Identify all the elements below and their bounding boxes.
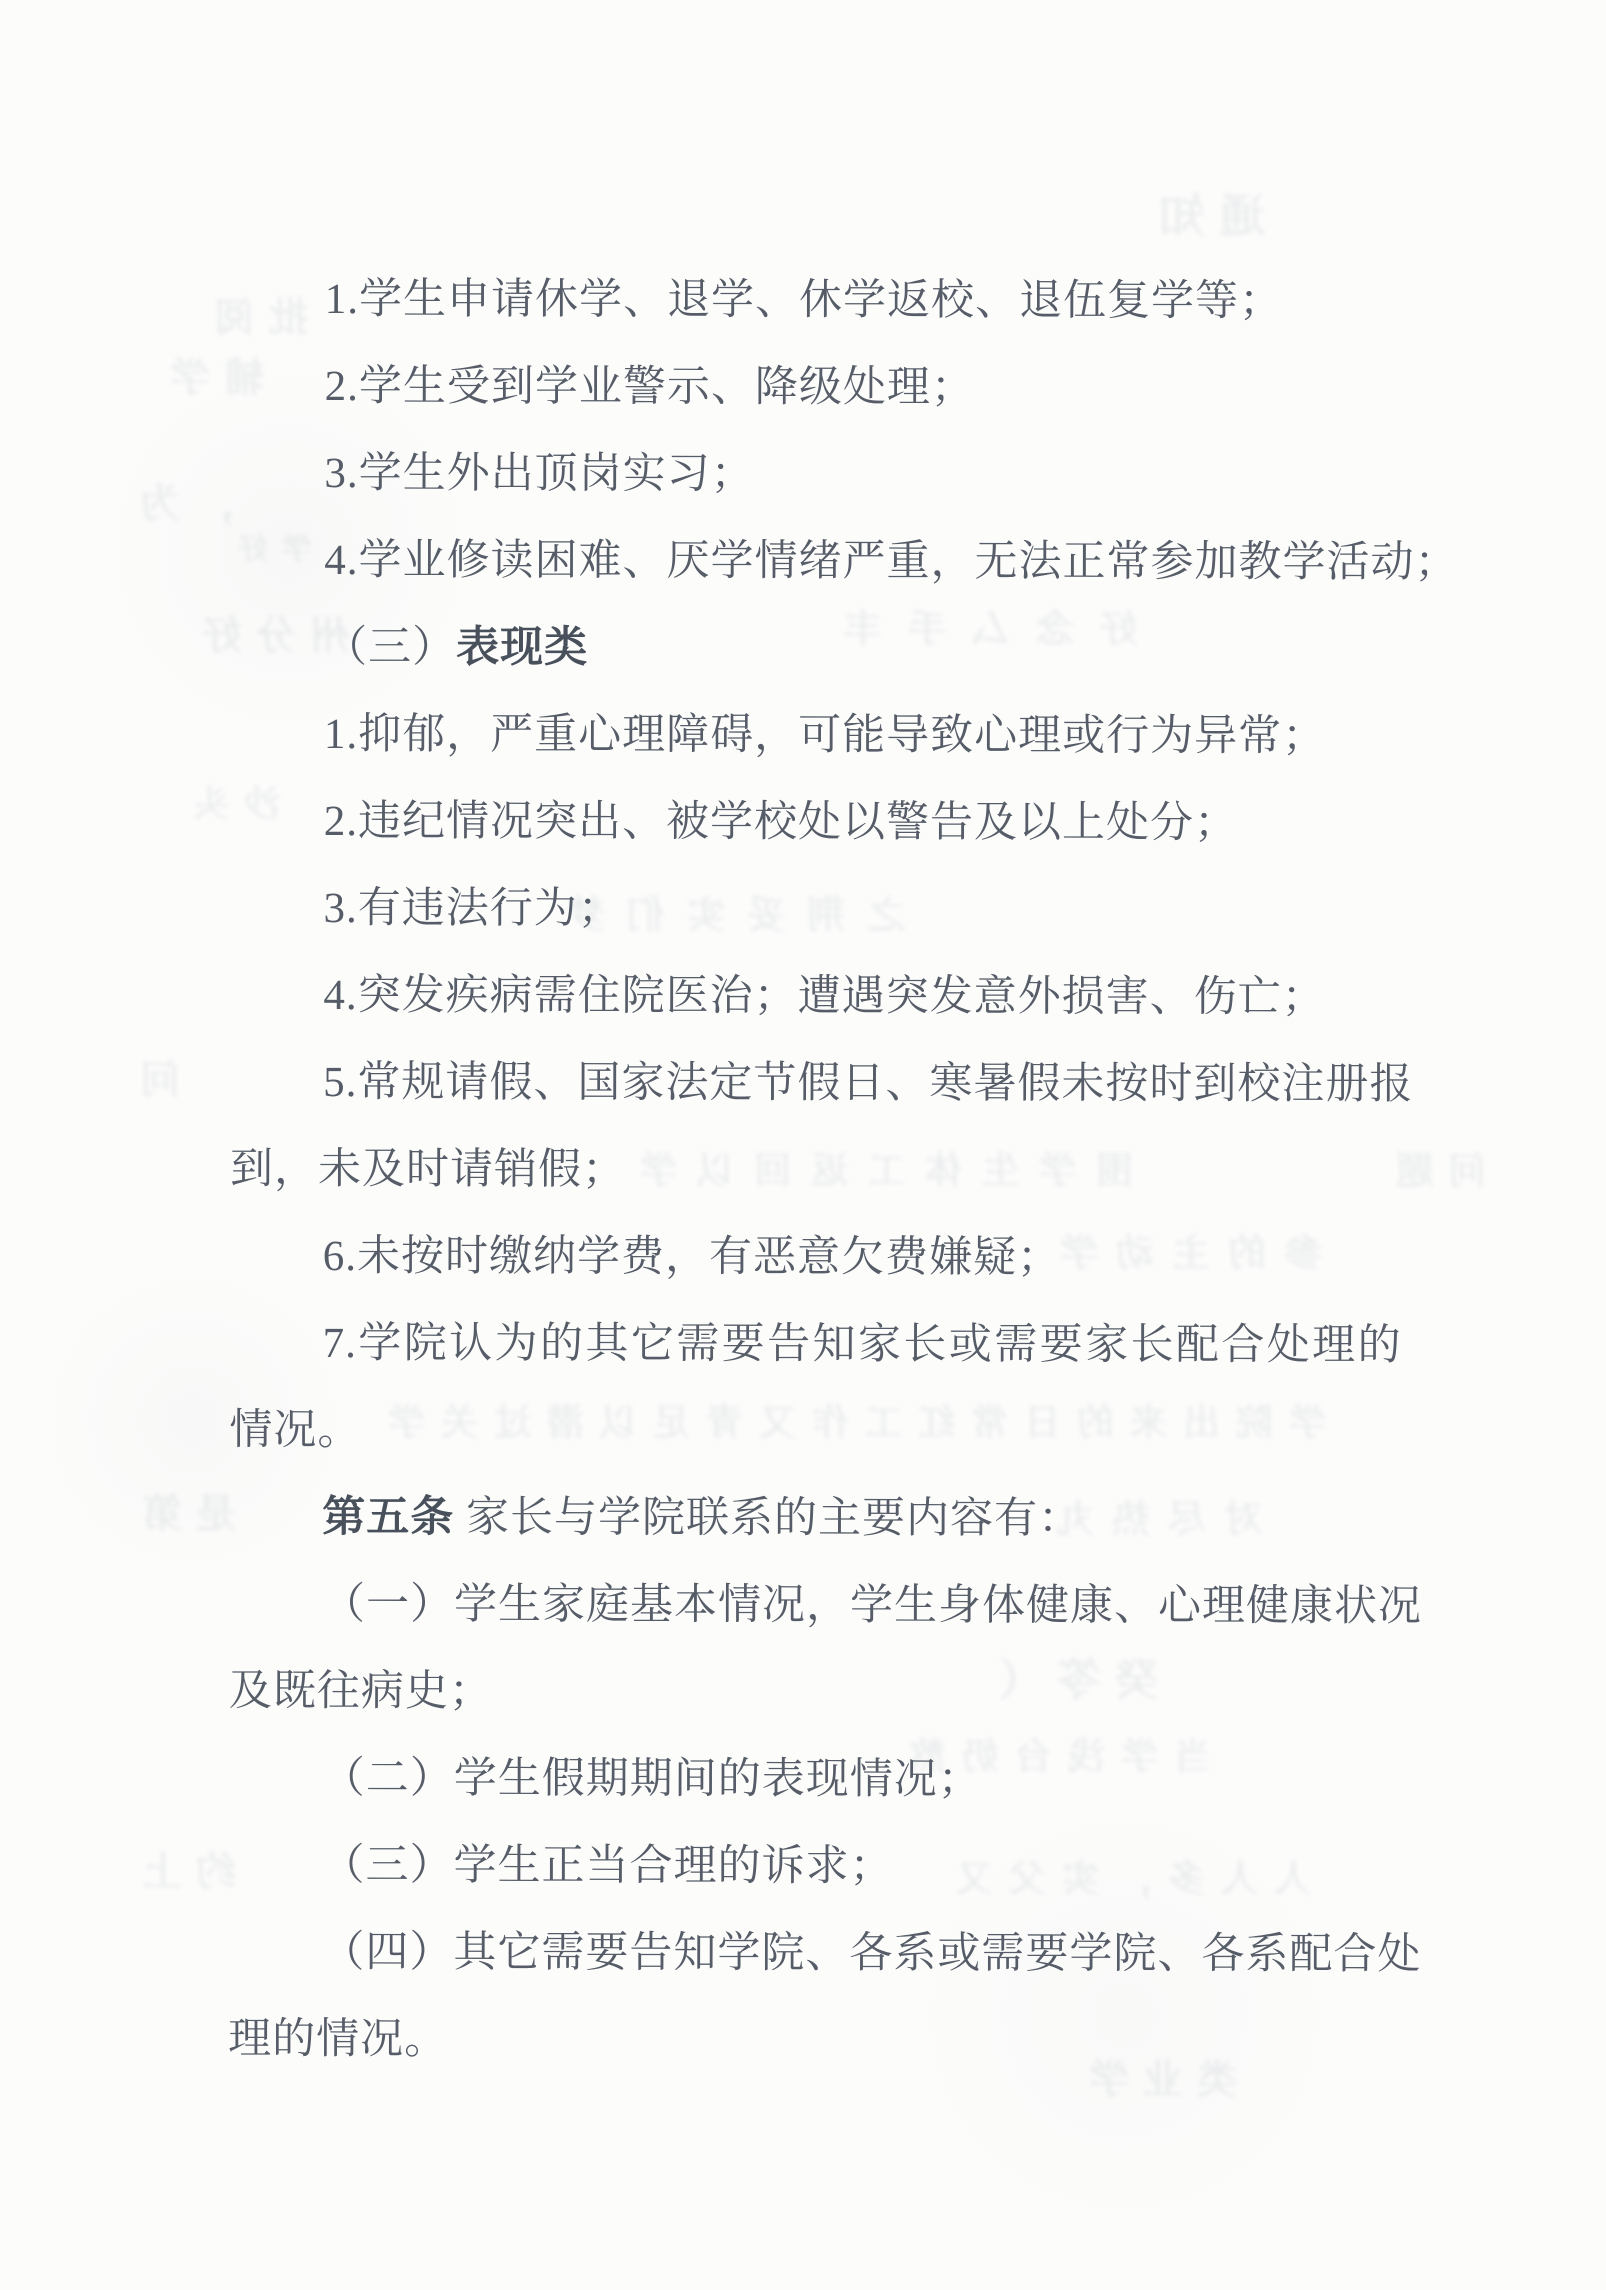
text-line: 情况。 bbox=[229, 1387, 1401, 1476]
text-line: 5.常规请假、国家法定节假日、寒暑假未按时到校注册报 bbox=[230, 1039, 1402, 1128]
bleed-through-ghost: 是第 bbox=[128, 1482, 236, 1539]
text-line: 2.学生受到学业警示、降级处理； bbox=[232, 343, 1404, 432]
text-line: 3.学生外出顶岗实习； bbox=[231, 430, 1403, 519]
text-line: 3.有违法行为； bbox=[230, 865, 1402, 954]
text-line: 1.学生申请休学、退学、休学返校、退伍复学等； bbox=[232, 256, 1404, 345]
document-body-text: 1.学生申请休学、退学、休学返校、退伍复学等；2.学生受到学业警示、降级处理；3… bbox=[228, 256, 1404, 2085]
text-line: 7.学院认为的其它需要告知家长或需要家长配合处理的 bbox=[230, 1300, 1402, 1389]
section-heading-label: 表现类 bbox=[456, 624, 588, 671]
text-line: （一）学生家庭基本情况，学生身体健康、心理健康状况 bbox=[229, 1561, 1401, 1650]
text-line: 及既往病史； bbox=[229, 1648, 1401, 1737]
bleed-through-ghost: 通知 bbox=[1145, 180, 1265, 246]
bleed-through-ghost: 问 bbox=[126, 1048, 180, 1105]
text-line: （三）学生正当合理的诉求； bbox=[228, 1822, 1400, 1911]
bleed-through-ghost: 约上 bbox=[128, 1840, 236, 1897]
scanned-document-page: 通知 批阅 辅学 ，为 学好 州分好 好念厶手丰 沙头 之荆妥实们梦 问 围学生… bbox=[0, 0, 1606, 2290]
line-text: 家长与学院联系的主要内容有： bbox=[454, 1494, 1082, 1542]
text-line: 4.学业修读困难、厌学情绪严重，无法正常参加教学活动； bbox=[231, 517, 1403, 606]
text-line: 理的情况。 bbox=[228, 1996, 1400, 2085]
text-line: 第五条 家长与学院联系的主要内容有： bbox=[229, 1474, 1401, 1563]
text-line: （四）其它需要告知学院、各系或需要学院、各系配合处 bbox=[228, 1909, 1400, 1998]
bleed-through-ghost: ，为 bbox=[126, 472, 234, 529]
text-line: 2.违纪情况突出、被学校处以警告及以上处分； bbox=[231, 778, 1403, 867]
text-line: （三）表现类 bbox=[231, 604, 1403, 693]
text-line: （二）学生假期期间的表现情况； bbox=[229, 1735, 1401, 1824]
article-number-label: 第五条 bbox=[322, 1494, 454, 1541]
line-text: （三） bbox=[324, 624, 456, 671]
text-line: 1.抑郁，严重心理障碍，可能导致心理或行为异常； bbox=[231, 691, 1403, 780]
text-line: 到，未及时请销假； bbox=[230, 1126, 1402, 1215]
text-line: 4.突发疾病需住院医治；遭遇突发意外损害、伤亡； bbox=[230, 952, 1402, 1041]
text-line: 6.未按时缴纳学费，有恶意欠费嫌疑； bbox=[230, 1213, 1402, 1302]
